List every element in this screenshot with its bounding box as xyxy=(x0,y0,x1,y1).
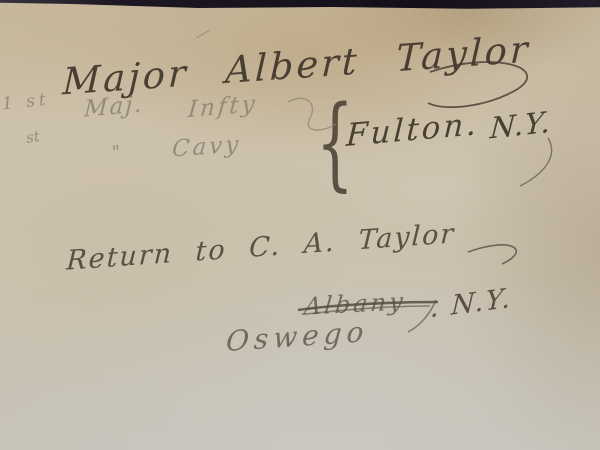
pencil-ditto-mark: " xyxy=(111,142,121,164)
return-tail-flourish xyxy=(468,245,516,264)
envelope-photo: Major Albert Taylor 1 st Maj. Infty st "… xyxy=(0,0,600,450)
destination-city: Fulton. xyxy=(345,106,480,154)
return-line: Return to C. A. Taylor xyxy=(66,218,456,276)
pencil-regiment1-prefix: 1 st xyxy=(1,90,51,115)
pencil-regiment2-branch: Cavy xyxy=(171,131,242,162)
return-state: . N.Y. xyxy=(429,283,513,324)
state-tail-flourish xyxy=(520,138,552,186)
pencil-regiment1-rank: Maj. xyxy=(83,91,144,122)
pencil-regiment1-branch: Infty xyxy=(187,91,259,123)
paper-scratch xyxy=(196,30,210,38)
destination-state: N.Y. xyxy=(489,105,552,146)
pencil-regiment2-prefix: st xyxy=(25,127,41,147)
photo-top-border xyxy=(0,0,600,10)
corrected-city: Oswego xyxy=(225,315,370,358)
